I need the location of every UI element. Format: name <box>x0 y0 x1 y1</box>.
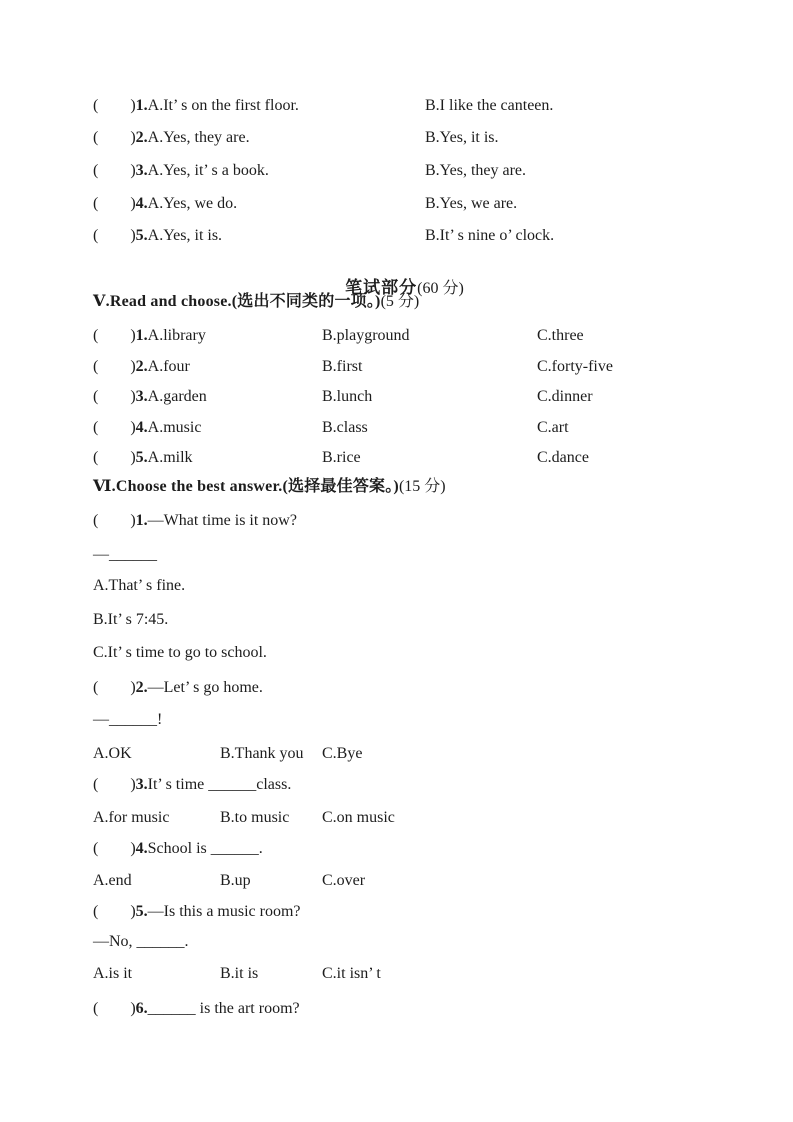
option-a-text: A.That’ s fine. <box>93 575 185 597</box>
option-b-text: B.Yes, we are. <box>425 193 517 215</box>
question-left: ( )6.______ is the art room? <box>93 998 300 1020</box>
question-row: ( )6.______ is the art room? <box>0 998 793 1064</box>
question-left: ( )3.A.Yes, it’ s a book. <box>93 160 269 182</box>
heading-text: Ⅵ.Choose the best answer.(选择最佳答案。)(15 分) <box>93 476 446 498</box>
question-text: —Is this a music room? <box>148 903 301 920</box>
test-paper-page: ( )1.A.It’ s on the first floor. B.I lik… <box>0 0 793 1122</box>
question-number: 6. <box>136 1000 148 1017</box>
option-b-text: B.It’ s nine o’ clock. <box>425 225 554 247</box>
answer-paren-slot: ( ) <box>93 840 136 857</box>
answer-paren-slot: ( ) <box>93 419 136 436</box>
answer-blank: —______! <box>93 709 162 731</box>
question-text: —Let’ s go home. <box>148 679 263 696</box>
question-left: ( )2.—Let’ s go home. <box>93 677 263 699</box>
option-c-text: C.It’ s time to go to school. <box>93 642 267 664</box>
option-b-text: B.I like the canteen. <box>425 95 553 117</box>
option-c-text: C.forty-five <box>537 356 613 378</box>
question-left: ( )3.A.garden <box>93 386 207 408</box>
option-c-text: C.it isn’ t <box>322 963 381 985</box>
section-vi-numeral: Ⅵ. <box>93 478 116 495</box>
option-a-text: A.garden <box>148 388 207 405</box>
answer-paren-slot: ( ) <box>93 358 136 375</box>
answer-paren-slot: ( ) <box>93 449 136 466</box>
option-c-text: C.art <box>537 417 569 439</box>
option-c-text: C.on music <box>322 807 395 829</box>
section-v-numeral: Ⅴ. <box>93 293 110 310</box>
option-a-text: A.Yes, it is. <box>148 227 222 244</box>
option-a-text: A.milk <box>148 449 193 466</box>
question-number: 5. <box>136 903 148 920</box>
option-a-text: A.Yes, they are. <box>148 129 250 146</box>
option-a-text: A.library <box>148 327 206 344</box>
option-a-text: A.Yes, we do. <box>148 195 238 212</box>
question-left: ( )1.—What time is it now? <box>93 510 297 532</box>
question-number: 1. <box>136 97 148 114</box>
question-number: 3. <box>136 162 148 179</box>
section-vi-score: (15 分) <box>399 478 446 495</box>
question-text: It’ s time ______class. <box>148 776 292 793</box>
option-a-text: A.is it <box>93 963 132 985</box>
option-a-text: A.OK <box>93 743 132 765</box>
question-left: ( )2.A.four <box>93 356 190 378</box>
answer-paren-slot: ( ) <box>93 327 136 344</box>
section-v-subtitle: (选出不同类的一项。) <box>232 293 381 310</box>
option-c-text: C.three <box>537 325 584 347</box>
question-number: 1. <box>136 327 148 344</box>
option-c-text: C.Bye <box>322 743 362 765</box>
question-left: ( )4.A.music <box>93 417 201 439</box>
option-c-text: C.dinner <box>537 386 593 408</box>
option-a-text: A.music <box>148 419 202 436</box>
answer-paren-slot: ( ) <box>93 903 136 920</box>
option-b-text: B.It’ s 7:45. <box>93 609 168 631</box>
answer-paren-slot: ( ) <box>93 162 136 179</box>
heading-text: Ⅴ.Read and choose.(选出不同类的一项。)(5 分) <box>93 291 419 313</box>
question-left: ( )5.A.milk <box>93 447 193 469</box>
question-number: 4. <box>136 419 148 436</box>
answer-blank: —______ <box>93 544 157 566</box>
answer-paren-slot: ( ) <box>93 129 136 146</box>
question-left: ( )5.—Is this a music room? <box>93 901 301 923</box>
question-left: ( )1.A.It’ s on the first floor. <box>93 95 299 117</box>
option-b-text: B.lunch <box>322 386 372 408</box>
section-vi-subtitle: (选择最佳答案。) <box>283 478 399 495</box>
question-number: 5. <box>136 227 148 244</box>
question-left: ( )5.A.Yes, it is. <box>93 225 222 247</box>
answer-paren-slot: ( ) <box>93 388 136 405</box>
answer-blank: —No, ______. <box>93 931 189 953</box>
answer-paren-slot: ( ) <box>93 227 136 244</box>
option-a-text: A.Yes, it’ s a book. <box>148 162 269 179</box>
option-b-text: B.first <box>322 356 362 378</box>
option-b-text: B.Yes, they are. <box>425 160 526 182</box>
question-number: 2. <box>136 679 148 696</box>
question-number: 5. <box>136 449 148 466</box>
option-a-text: A.four <box>148 358 190 375</box>
question-left: ( )2.A.Yes, they are. <box>93 127 250 149</box>
option-c-text: C.dance <box>537 447 589 469</box>
answer-paren-slot: ( ) <box>93 776 136 793</box>
question-text: —What time is it now? <box>148 512 297 529</box>
option-b-text: B.up <box>220 870 251 892</box>
question-left: ( )3.It’ s time ______class. <box>93 774 291 796</box>
question-left: ( )1.A.library <box>93 325 206 347</box>
question-left: ( )4.A.Yes, we do. <box>93 193 237 215</box>
answer-paren-slot: ( ) <box>93 195 136 212</box>
question-number: 1. <box>136 512 148 529</box>
option-b-text: B.it is <box>220 963 258 985</box>
question-number: 4. <box>136 840 148 857</box>
question-number: 3. <box>136 776 148 793</box>
question-text: School is ______. <box>148 840 263 857</box>
option-b-text: B.Yes, it is. <box>425 127 499 149</box>
answer-paren-slot: ( ) <box>93 1000 136 1017</box>
option-a-text: A.end <box>93 870 132 892</box>
answer-paren-slot: ( ) <box>93 97 136 114</box>
question-number: 3. <box>136 388 148 405</box>
question-text: ______ is the art room? <box>148 1000 300 1017</box>
section-v-title: Read and choose. <box>110 293 232 310</box>
option-b-text: B.Thank you <box>220 743 304 765</box>
answer-paren-slot: ( ) <box>93 679 136 696</box>
option-a-text: A.for music <box>93 807 169 829</box>
section-vi-title: Choose the best answer. <box>116 478 283 495</box>
option-a-text: A.It’ s on the first floor. <box>148 97 299 114</box>
option-c-text: C.over <box>322 870 365 892</box>
answer-paren-slot: ( ) <box>93 512 136 529</box>
option-b-text: B.rice <box>322 447 361 469</box>
section-v-score: (5 分) <box>381 293 420 310</box>
question-number: 2. <box>136 358 148 375</box>
question-number: 4. <box>136 195 148 212</box>
option-b-text: B.playground <box>322 325 410 347</box>
option-b-text: B.class <box>322 417 368 439</box>
question-number: 2. <box>136 129 148 146</box>
option-b-text: B.to music <box>220 807 289 829</box>
question-left: ( )4.School is ______. <box>93 838 263 860</box>
